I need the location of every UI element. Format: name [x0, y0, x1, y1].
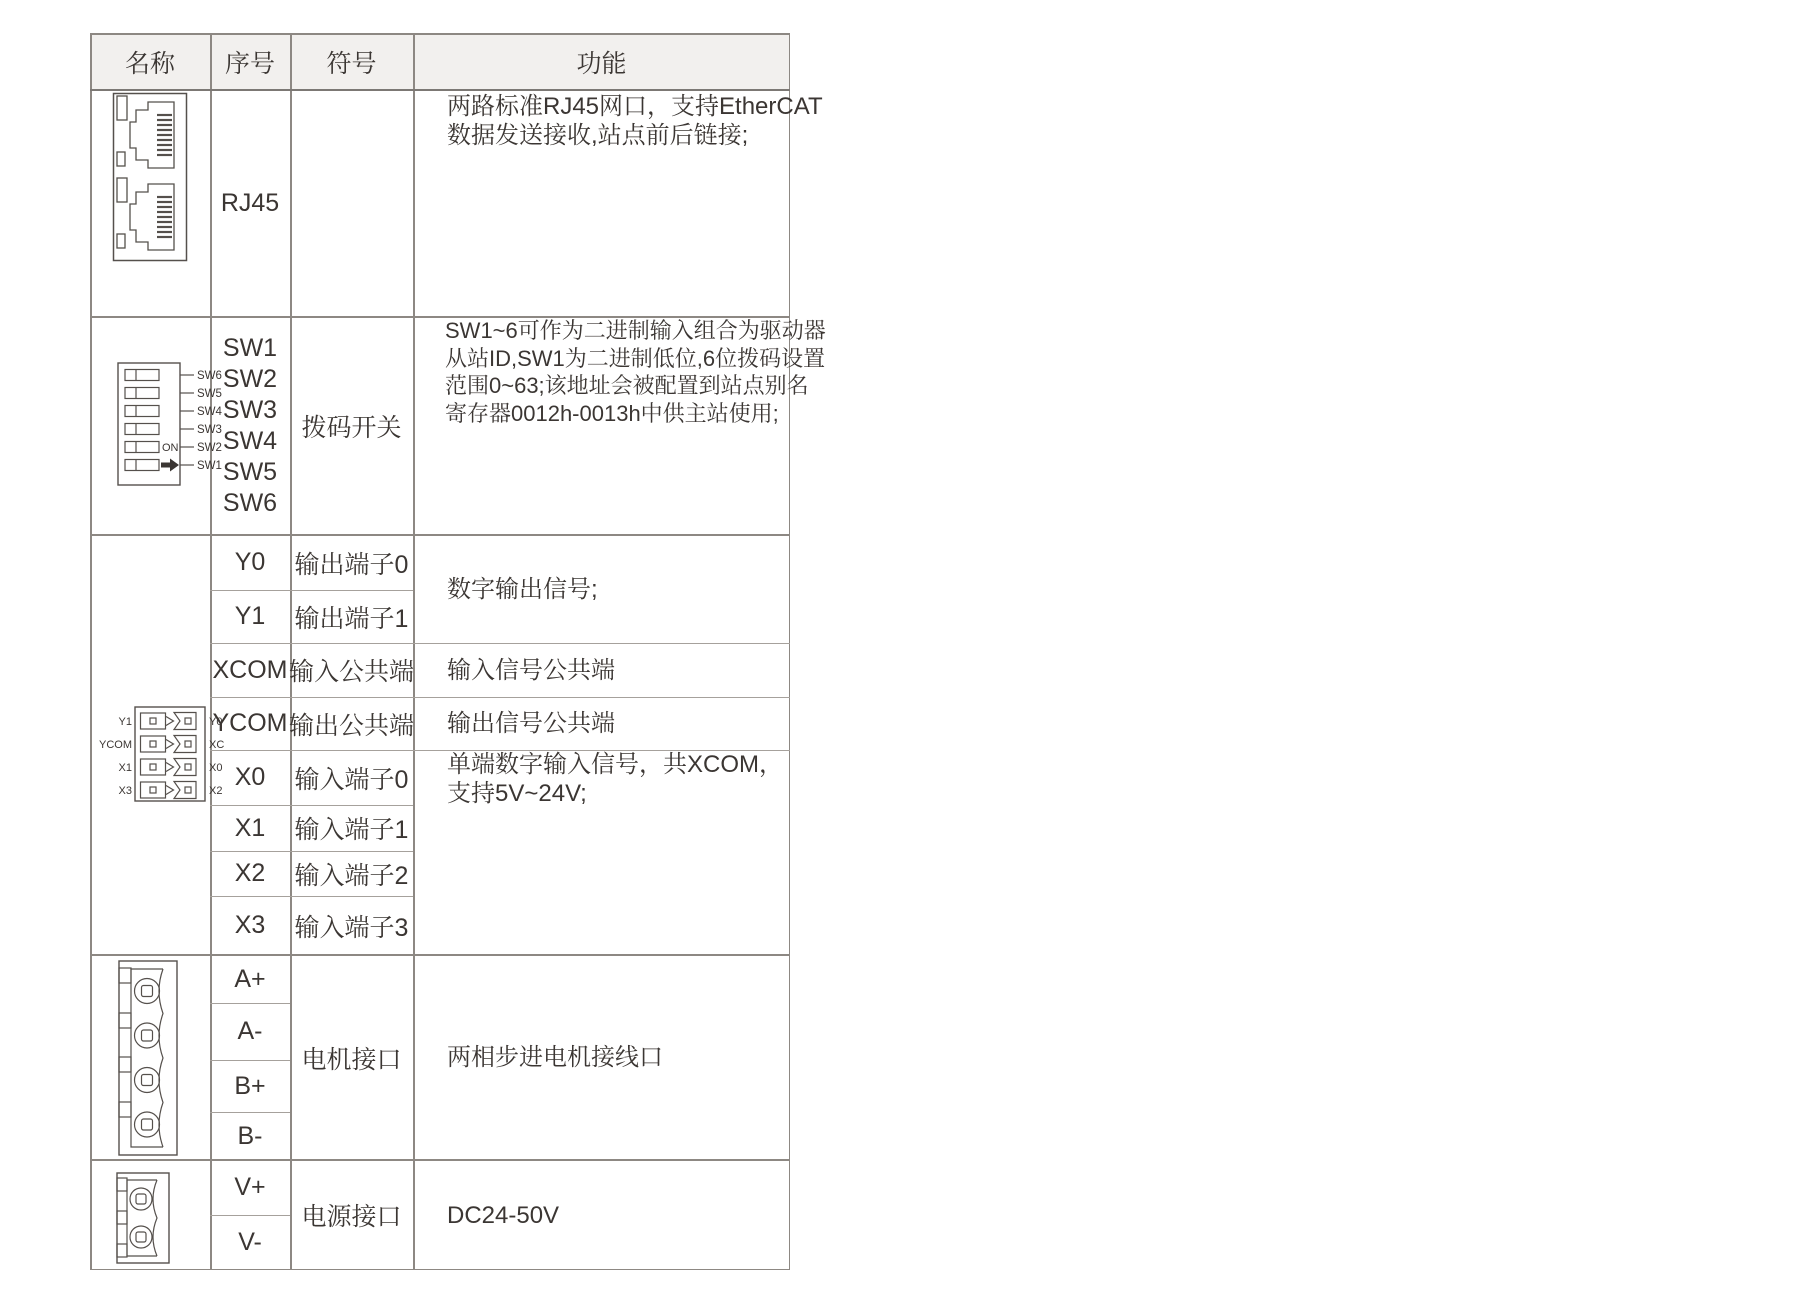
- dip-no-list: SW1 SW2 SW3 SW4 SW5 SW6: [210, 317, 290, 535]
- header-function: 功能: [413, 33, 790, 90]
- dip-function-line1: SW1~6可作为二进制输入组合为驱动器: [445, 317, 826, 345]
- io-row-no: Y1: [210, 590, 290, 643]
- io-row-symbol: 输入端子1: [290, 805, 413, 851]
- rj45-port-diagram: [112, 92, 188, 262]
- io-in-function-line2: 支持5V~24V;: [447, 779, 587, 808]
- io-row-symbol: 输出端子0: [290, 535, 413, 590]
- dip-no-sw5: SW5: [223, 457, 277, 488]
- io-row-no: X2: [210, 851, 290, 896]
- power-no: V+: [210, 1160, 290, 1215]
- interface-spec-page: 名称 序号 符号 功能: [0, 0, 1800, 1296]
- io-row-symbol: 输入端子2: [290, 851, 413, 896]
- sw1-arrow-icon: [161, 459, 179, 472]
- motor-symbol: 电机接口: [290, 955, 413, 1160]
- dip-no-sw1: SW1: [223, 333, 277, 364]
- xcom-function: 输入信号公共端: [430, 643, 788, 697]
- dip-no-sw6: SW6: [223, 488, 277, 519]
- header-symbol: 符号: [290, 33, 413, 90]
- header-name: 名称: [90, 33, 210, 90]
- io-row-no: YCOM: [210, 697, 290, 750]
- io-label-y1: Y1: [119, 716, 132, 728]
- io-row-symbol: 输入端子0: [290, 750, 413, 805]
- motor-connector-diagram: [117, 958, 187, 1158]
- power-no: V-: [210, 1215, 290, 1270]
- io-row-symbol: 输出公共端: [290, 697, 413, 750]
- motor-no: A-: [210, 1003, 290, 1060]
- motor-no: B+: [210, 1060, 290, 1112]
- dip-no-sw2: SW2: [223, 364, 277, 395]
- io-row-symbol: 输出端子1: [290, 590, 413, 643]
- dip-symbol: 拨码开关: [290, 317, 413, 535]
- ycom-function: 输出信号公共端: [430, 697, 788, 750]
- io-row-symbol: 输入公共端: [290, 643, 413, 697]
- dip-function-line4: 寄存器0012h-0013h中供主站使用;: [445, 400, 779, 428]
- io-label-x1: X1: [119, 762, 132, 774]
- table-divider: [90, 33, 92, 1270]
- io-row-no: XCOM: [210, 643, 290, 697]
- dip-function: SW1~6可作为二进制输入组合为驱动器 从站ID,SW1为二进制低位,6位拨码设…: [428, 317, 800, 535]
- io-row-no: X0: [210, 750, 290, 805]
- motor-no: B-: [210, 1112, 290, 1160]
- power-function: DC24-50V: [430, 1160, 788, 1270]
- io-out-function: 数字输出信号;: [430, 535, 788, 643]
- motor-no: A+: [210, 955, 290, 1003]
- motor-function: 两相步进电机接线口: [430, 955, 788, 1160]
- dip-no-sw4: SW4: [223, 426, 277, 457]
- dip-on-label: ON: [162, 442, 179, 454]
- dip-function-line3: 范围0~63;该地址会被配置到站点别名: [445, 372, 809, 400]
- rj45-function-line1: 两路标准RJ45网口，支持EtherCAT: [447, 92, 823, 121]
- dip-function-line2: 从站ID,SW1为二进制低位,6位拨码设置: [445, 345, 825, 373]
- header-no: 序号: [210, 33, 290, 90]
- io-row-no: X3: [210, 896, 290, 955]
- power-connector-diagram: [115, 1170, 179, 1266]
- power-symbol: 电源接口: [290, 1160, 413, 1270]
- io-row-symbol: 输入端子3: [290, 896, 413, 955]
- io-connector-diagram: Y1 YCOM X1 X3 Y0 XCOM X0 X2: [82, 700, 224, 808]
- io-in-function: 单端数字输入信号，共XCOM， 支持5V~24V;: [430, 750, 788, 922]
- table-divider: [789, 33, 791, 1270]
- io-row-no: Y0: [210, 535, 290, 590]
- io-label-ycom: YCOM: [99, 739, 132, 751]
- io-row-no: X1: [210, 805, 290, 851]
- dip-no-sw3: SW3: [223, 395, 277, 426]
- io-label-x3: X3: [119, 785, 132, 797]
- rj45-function-line2: 数据发送接收,站点前后链接;: [447, 121, 748, 150]
- rj45-function: 两路标准RJ45网口，支持EtherCAT 数据发送接收,站点前后链接;: [430, 92, 788, 315]
- rj45-no: RJ45: [210, 92, 290, 315]
- io-in-function-line1: 单端数字输入信号，共XCOM，: [447, 750, 783, 779]
